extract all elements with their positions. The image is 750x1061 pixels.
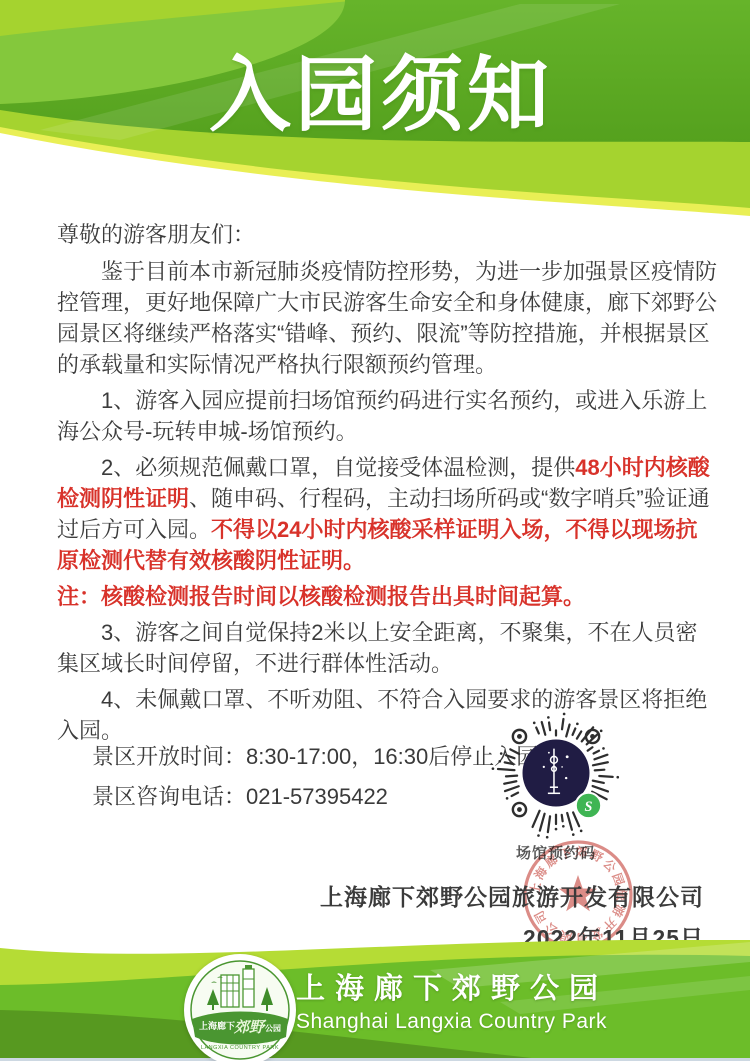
park-logo: 上海廊下 郊野 公园 LANGXIA COUNTRY PARK [183, 953, 297, 1061]
footer-banner: 上海廊下 郊野 公园 LANGXIA COUNTRY PARK 上海廊下郊野公园… [0, 940, 750, 1061]
wechat-badge-icon: S [576, 793, 601, 818]
rule-item-2: 2、必须规范佩戴口罩，自觉接受体温检测，提供48小时内核酸检测阴性证明、随申码、… [57, 452, 717, 576]
rule-item-1: 1、游客入园应提前扫场馆预约码进行实名预约，或进入乐游上海公众号-玩转申城-场馆… [57, 385, 717, 447]
note-line: 注：核酸检测报告时间以核酸检测报告出具时间起算。 [57, 581, 717, 612]
header-banner: 入园须知 [0, 0, 750, 240]
notice-body: 尊敬的游客朋友们： 鉴于目前本市新冠肺炎疫情防控形势，为进一步加强景区疫情防控管… [57, 219, 717, 751]
poster: 入园须知 尊敬的游客朋友们： 鉴于目前本市新冠肺炎疫情防控形势，为进一步加强景区… [0, 0, 750, 1061]
reservation-qr: S 场馆预约码 [489, 706, 623, 863]
company-name: 上海廊下郊野公园旅游开发有限公司 [320, 879, 704, 912]
rule-item-3: 3、游客之间自觉保持2米以上安全距离，不聚集，不在人员密集区域长时间停留，不进行… [57, 617, 717, 679]
qr-code: S [489, 706, 623, 840]
svg-text:S: S [585, 799, 593, 815]
rule-2-text: 2、必须规范佩戴口罩，自觉接受体温检测，提供 [101, 455, 575, 480]
opening-hours: 景区开放时间：8:30-17:00，16:30后停止入园 [92, 737, 538, 777]
park-name-en: Shanghai Langxia Country Park [296, 1010, 608, 1034]
salutation: 尊敬的游客朋友们： [57, 219, 717, 250]
logo-text-cn-mid: 郊野 [233, 1019, 267, 1036]
intro-paragraph: 鉴于目前本市新冠肺炎疫情防控形势，为进一步加强景区疫情防控管理，更好地保障广大市… [57, 256, 717, 380]
qr-label: 场馆预约码 [489, 842, 623, 863]
logo-text-cn-top: 上海廊下 [199, 1020, 235, 1031]
logo-text-en: LANGXIA COUNTRY PARK [201, 1045, 279, 1051]
page-title: 入园须知 [6, 30, 750, 147]
phone-number: 景区咨询电话：021-57395422 [92, 777, 538, 817]
park-info: 景区开放时间：8:30-17:00，16:30后停止入园 景区咨询电话：021-… [92, 737, 538, 817]
footer-wordmark: 上海廊下郊野公园 Shanghai Langxia Country Park [296, 966, 608, 1034]
park-name-cn: 上海廊下郊野公园 [296, 966, 608, 1007]
logo-text-cn-suffix: 公园 [264, 1023, 281, 1033]
